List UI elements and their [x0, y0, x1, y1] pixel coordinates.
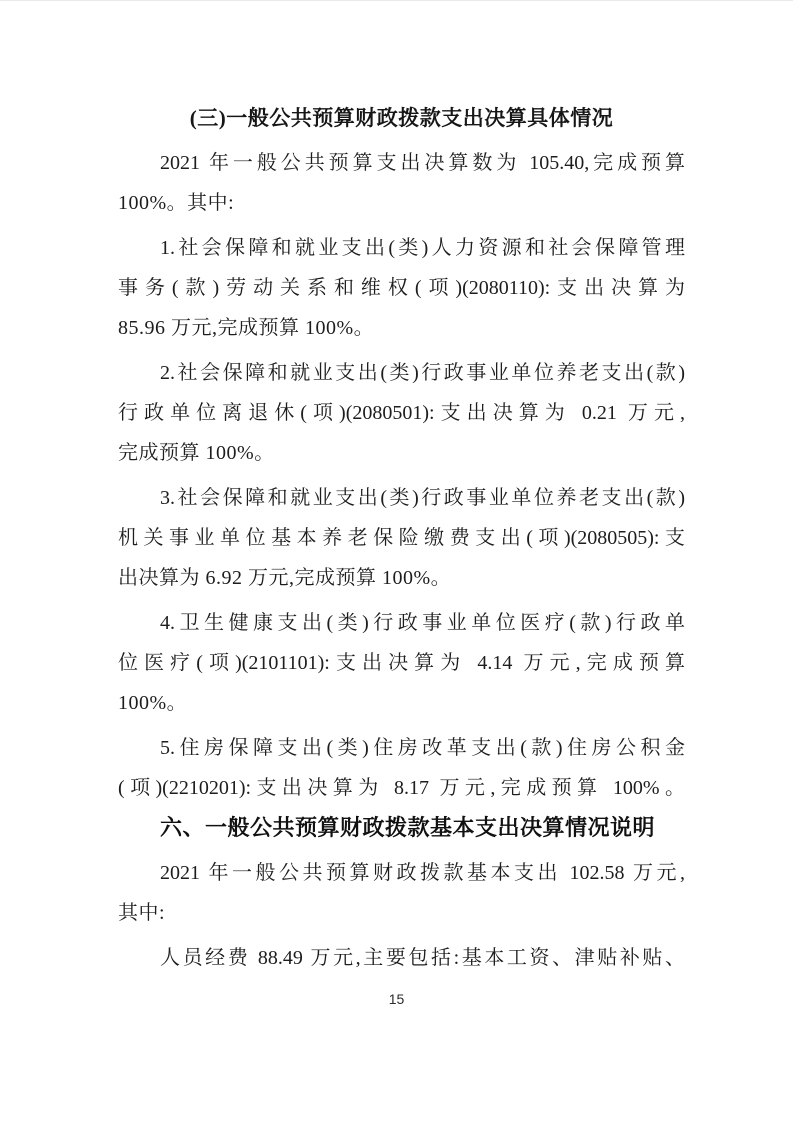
document-line: 行政单位离退休(项)(2080501):支出决算为 0.21 万元, — [118, 393, 685, 433]
section-heading: (三)一般公共预算财政拨款支出决算具体情况 — [118, 98, 685, 138]
document-body: (三)一般公共预算财政拨款支出决算具体情况 2021 年一般公共预算支出决算数为… — [118, 98, 685, 978]
document-line: 2.社会保障和就业支出(类)行政事业单位养老支出(款) — [118, 353, 685, 393]
document-line: 位医疗(项)(2101101):支出决算为 4.14 万元,完成预算 — [118, 643, 685, 683]
document-line: 其中: — [118, 893, 685, 933]
page-number: 15 — [0, 991, 793, 1007]
document-line: 人员经费 88.49 万元,主要包括:基本工资、津贴补贴、 — [118, 938, 685, 978]
document-line: 2021 年一般公共预算支出决算数为 105.40,完成预算 — [118, 143, 685, 183]
document-line: 1.社会保障和就业支出(类)人力资源和社会保障管理 — [118, 228, 685, 268]
document-line: 85.96 万元,完成预算 100%。 — [118, 308, 685, 348]
document-line: 出决算为 6.92 万元,完成预算 100%。 — [118, 558, 685, 598]
document-line: 2021 年一般公共预算财政拨款基本支出 102.58 万元, — [118, 853, 685, 893]
document-page: (三)一般公共预算财政拨款支出决算具体情况 2021 年一般公共预算支出决算数为… — [0, 0, 793, 1123]
document-line: 完成预算 100%。 — [118, 433, 685, 473]
document-line: 100%。 — [118, 683, 685, 723]
document-line: 100%。其中: — [118, 183, 685, 223]
chapter-heading: 六、一般公共预算财政拨款基本支出决算情况说明 — [118, 808, 685, 848]
document-line: 5.住房保障支出(类)住房改革支出(款)住房公积金 — [118, 728, 685, 768]
document-line: 事务(款)劳动关系和维权(项)(2080110):支出决算为 — [118, 268, 685, 308]
document-line: (项)(2210201):支出决算为 8.17 万元,完成预算 100%。 — [118, 768, 685, 808]
document-line: 机关事业单位基本养老保险缴费支出(项)(2080505):支 — [118, 518, 685, 558]
document-line: 4.卫生健康支出(类)行政事业单位医疗(款)行政单 — [118, 603, 685, 643]
document-line: 3.社会保障和就业支出(类)行政事业单位养老支出(款) — [118, 478, 685, 518]
